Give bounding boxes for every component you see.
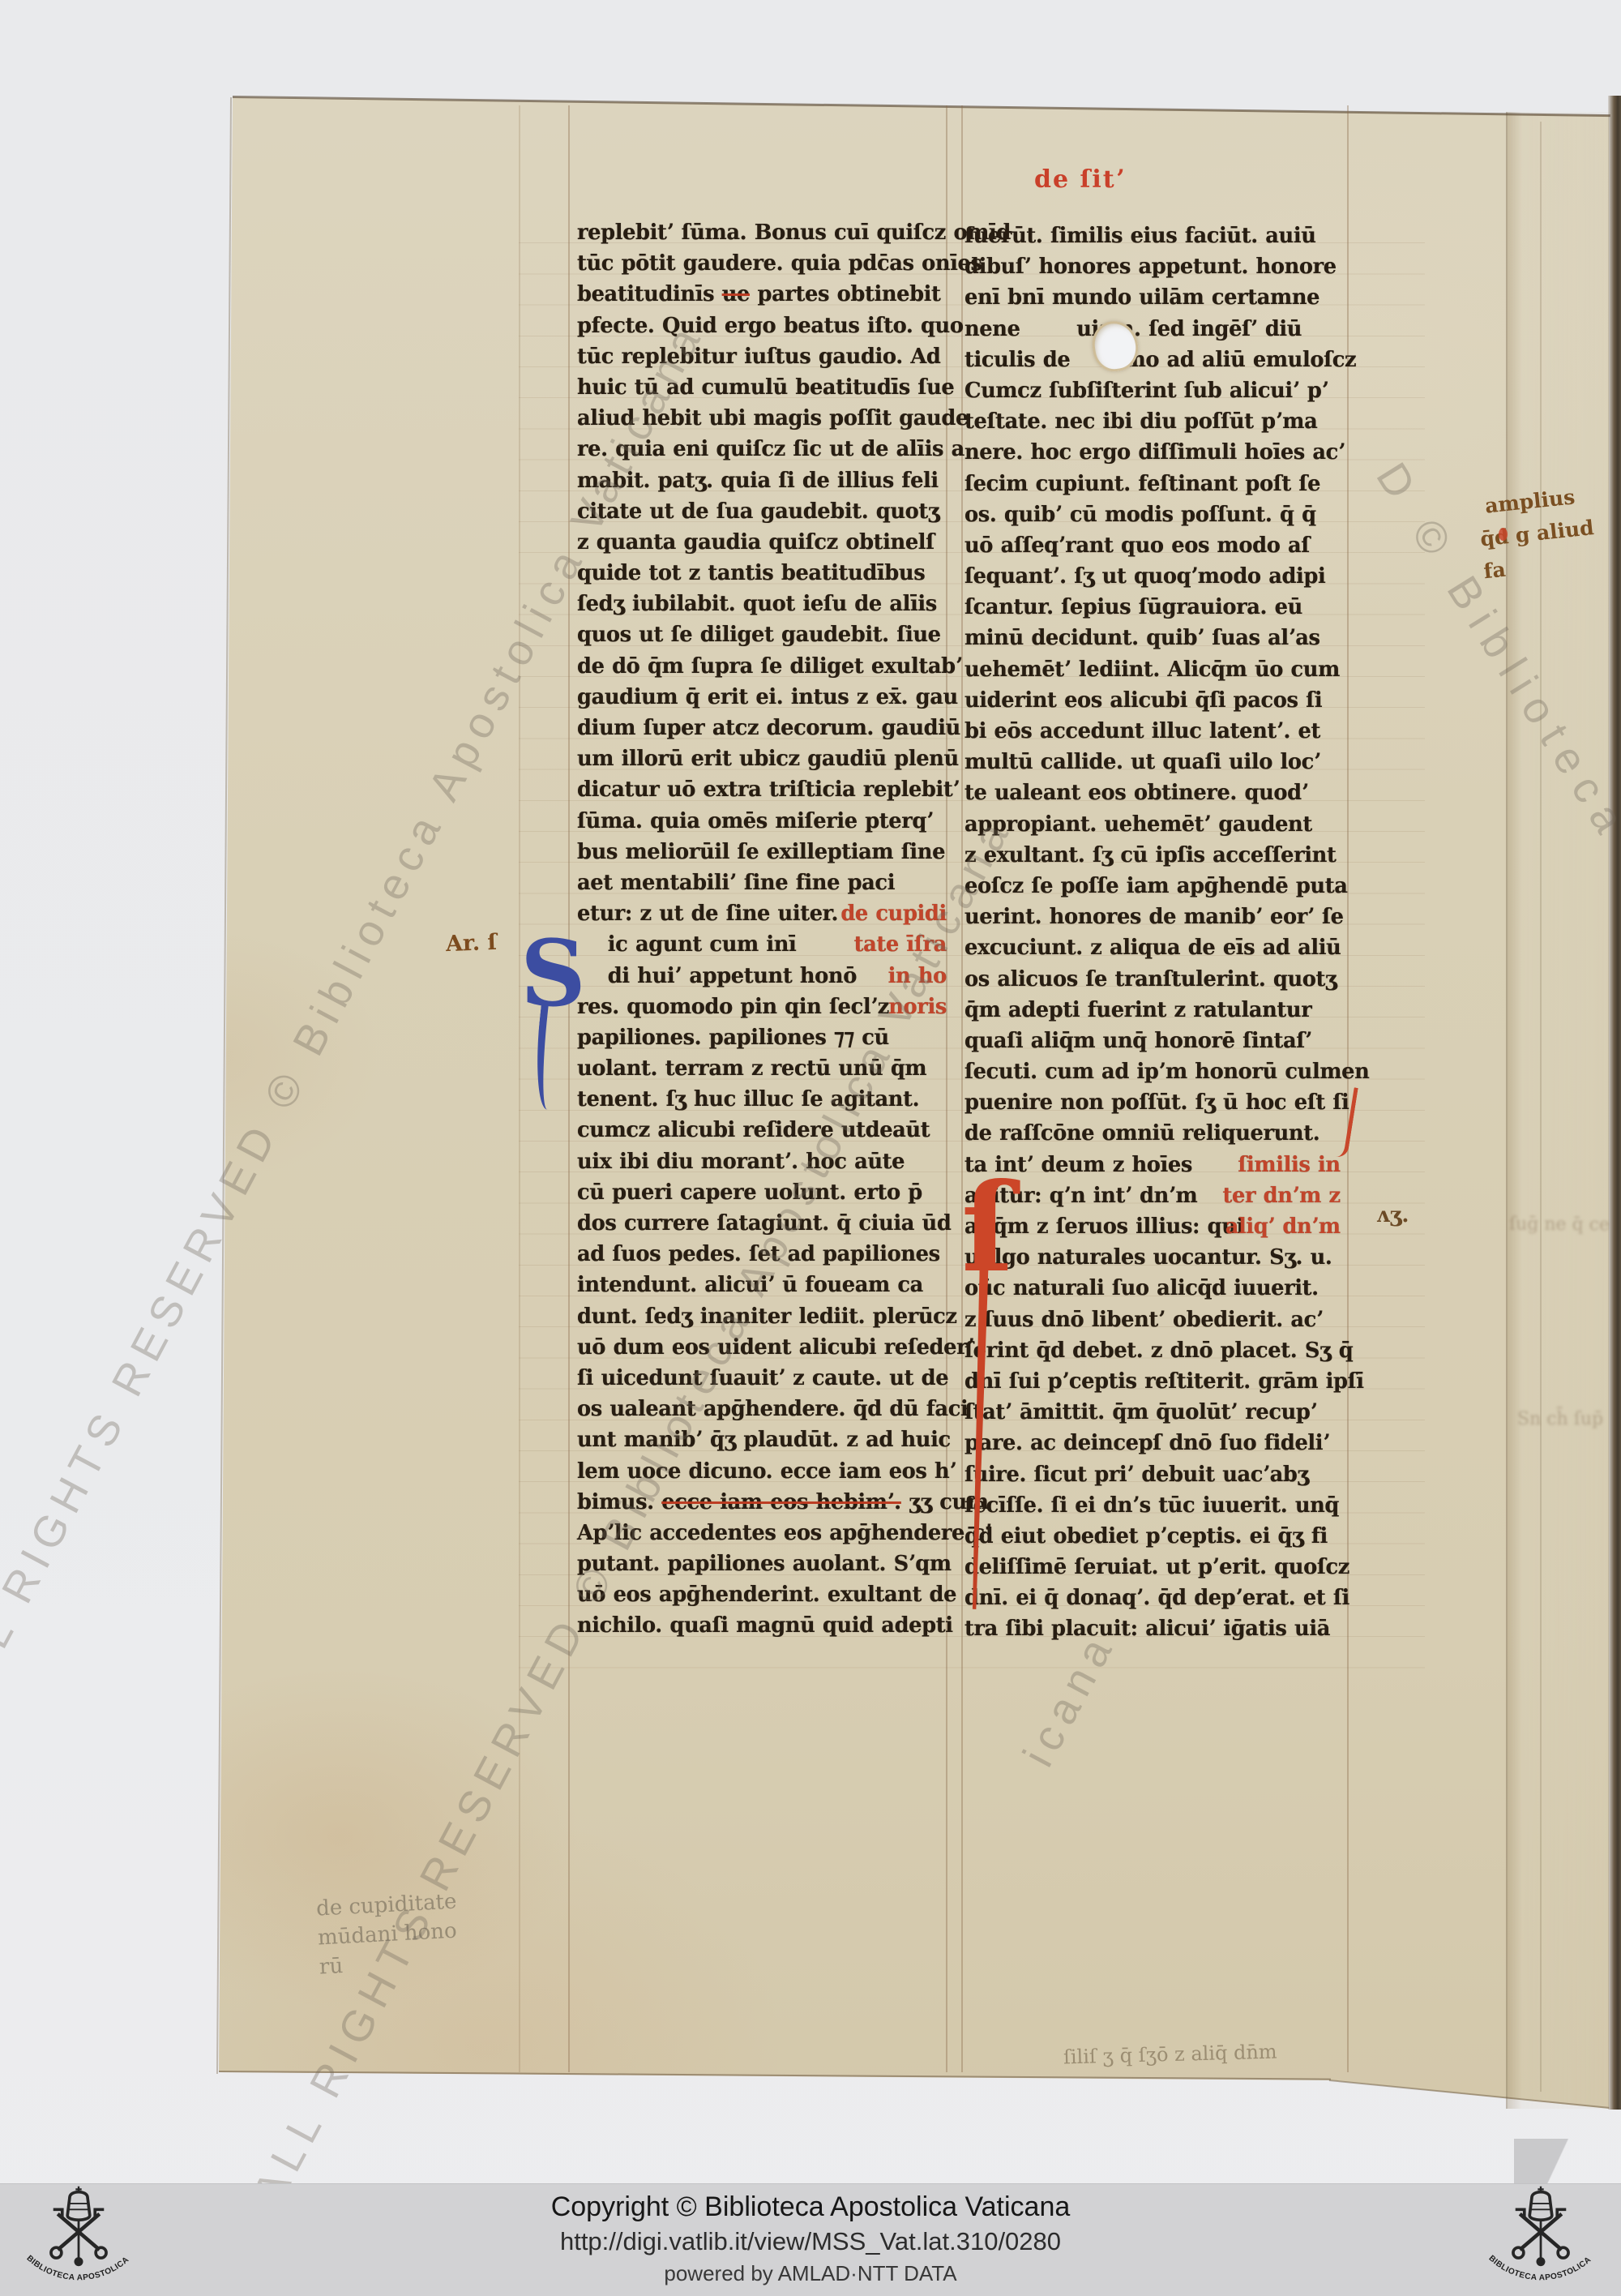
book-edge-strip — [1608, 96, 1621, 2110]
blue-initial-S: S — [520, 929, 586, 1020]
ink-text: tūc pōtit gaudere. quia pdc̄as onīes — [577, 251, 982, 276]
ink-text: ſcantur. ſepius ſūgrauiora. eū — [964, 594, 1302, 619]
ink-text: te ualeant eos obtinere. quodʼ — [964, 780, 1308, 805]
manuscript-line: Cumcz ſubſiſterint ſub alicuiʼ pʼ — [964, 375, 1341, 406]
ink-text: oūc naturali ſuo alicq̄d iuuerit. — [964, 1275, 1319, 1300]
ink-text: etur: z ut de ſine uiter. — [577, 901, 838, 926]
ink-text: um illorū erit ubicz gaudiū plenū — [577, 746, 959, 771]
manuscript-line: de dō q̄m ſupra ſe diliget exultabʼ — [577, 651, 947, 682]
rubric-text: ue — [722, 281, 750, 306]
manuscript-line: dnī. ei q̄ donaqʼ. q̄d depʼerat. et ſi — [964, 1583, 1341, 1613]
manuscript-line: pfecte. Quid ergo beatus iſto. quo — [577, 311, 947, 341]
manuscript-line: ſedʒ iubilabit. quot ieſu de alīis — [577, 589, 947, 619]
manuscript-line: de raſſcōne omniū reliquerunt. — [964, 1118, 1341, 1149]
ink-text: cumcz alicubi reſidere utdeaūt — [577, 1117, 930, 1142]
ink-text: z exultant. ſʒ cū ipſis acceſſerint — [964, 842, 1336, 867]
manuscript-line: aliq̄m z ſeruos illius: qui aliqʼ dnʼm — [964, 1211, 1341, 1242]
manuscript-line: nichilo. quaſi magnū quid adepti — [577, 1610, 947, 1641]
manuscript-line: ſerint q̄d debet. z dnō placet. Sʒ q̄ — [964, 1335, 1341, 1366]
rubric-text: aliqʼ dnʼm — [1225, 1211, 1341, 1242]
manuscript-line: oūc naturali ſuo alicq̄d iuuerit. — [964, 1273, 1341, 1304]
ink-text: nichilo. quaſi magnū quid adepti — [577, 1613, 953, 1638]
ink-text: z quanta gaudia quiſcz obtinelſ — [577, 529, 935, 555]
manuscript-line: os. quibʼ cū modis poſſunt. q̄ q̄ — [964, 499, 1341, 530]
manuscript-line: uulgo naturales uocantur. Sʒ. u. — [964, 1242, 1341, 1273]
ink-text: enī bnī mundo uilām certamne — [964, 285, 1319, 310]
manuscript-line: ſūma. quia omēs miſerie pterqʼ — [577, 806, 947, 837]
manuscript-line: bus meliorūil ſe exilleptiam ſine — [577, 837, 947, 867]
ink-text: q̄m adepti fuerint z ratulantur — [964, 997, 1311, 1022]
manuscript-line: quos ut ſe diliget gaudebit. ſiue — [577, 619, 947, 650]
manuscript-line: appropiant. uehemētʼ gaudent — [964, 809, 1341, 840]
running-title-rubric: de ſitʼ — [1034, 165, 1126, 194]
manuscript-line: etur: z ut de ſine uiter. de cupidi — [577, 898, 947, 929]
ink-text: replebitʼ ſūma. Bonus cuī quiſcz omīd — [577, 220, 1011, 245]
ink-text: pare. ac deincepſ dnō ſuo fideliʼ — [964, 1430, 1330, 1455]
manuscript-line: ticulis de imo ad aliū emuloſcz — [964, 345, 1341, 375]
manuscript-line: citate ut de ſua gaudebit. quotʒ — [577, 496, 947, 527]
manuscript-line: ſequantʼ. ſʒ ut quoqʼmodo adipi — [964, 561, 1341, 592]
manuscript-line: uō aſſeqʼrant quo eos modo aſ — [964, 530, 1341, 561]
ink-text: fuerūt. ſimilis eius faciūt. auiū — [964, 223, 1316, 248]
show-through-text: Sn ch̄ ſup̄ — [1517, 1409, 1603, 1429]
text-column-right: fuerūt. ſimilis eius faciūt. auiūdibuſʼ … — [964, 221, 1341, 1645]
manuscript-line: excuciunt. z aliqua de eīs ad aliū — [964, 932, 1341, 963]
manuscript-line: deliſſimē ſeruiat. ut pʼerit. quoſcz — [964, 1552, 1341, 1583]
show-through-text: ſuḡ ne q̄ ce — [1509, 1214, 1610, 1235]
manuscript-line: ſtatʼ āmittit. q̄m q̄uolūtʼ recupʼ — [964, 1397, 1341, 1428]
page-seam — [1540, 122, 1542, 2092]
manuscript-line: ſecuti. cum ad ipʼm honorū culmen — [964, 1056, 1341, 1087]
ink-text: os. quibʼ cū modis poſſunt. q̄ q̄ — [964, 502, 1316, 527]
manuscript-line: tenent. ſʒ huc illuc ſe agitant. — [577, 1084, 947, 1115]
ink-text: Cumcz ſubſiſterint ſub alicuiʼ pʼ — [964, 378, 1328, 403]
ink-text: unt manibʼ q̄ʒ plaudūt. z ad huic — [577, 1427, 951, 1452]
footer-url-text: http://digi.vatlib.it/view/MSS_Vat.lat.3… — [0, 2227, 1621, 2256]
manuscript-line: q̄m adepti fuerint z ratulantur — [964, 995, 1341, 1026]
ink-text: tra ſibi placuit: alicuiʼ iḡatis uiā — [964, 1616, 1330, 1641]
ink-text: citate ut de ſua gaudebit. quotʒ — [577, 499, 939, 524]
ink-text: teſtate. nec ibi diu poſſūt pʼma — [964, 409, 1317, 434]
manuscript-line: ta intʼ deum z hoīes ſimilis in — [964, 1150, 1341, 1180]
manuscript-line: replebitʼ ſūma. Bonus cuī quiſcz omīd — [577, 217, 947, 248]
manuscript-line: beatitudinīs ue partes obtinebit — [577, 279, 947, 310]
manuscript-line: enī bnī mundo uilām certamne — [964, 282, 1341, 313]
red-initial-J: ſ — [961, 1167, 1014, 1289]
ink-text: uō aſſeqʼrant quo eos modo aſ — [964, 533, 1310, 558]
ink-text: quide tot z tantis beatitudībus — [577, 560, 925, 585]
manuscript-line: quaſi aliq̄m unq̄ honorē ſintaſʼ — [964, 1026, 1341, 1056]
ink-text: bi eōs accedunt illuc latentʼ. et — [964, 718, 1320, 743]
facing-page-strip — [1506, 112, 1610, 2109]
ink-text: dicatur uō extra triſticia replebitʼ — [577, 777, 960, 802]
manuscript-line: um illorū erit ubicz gaudiū plenū — [577, 743, 947, 774]
manuscript-line: aet mentabiliʼ ſine fine paci — [577, 867, 947, 898]
manuscript-line: uō dum eos uident alicubi reſederʼ — [577, 1332, 947, 1363]
ink-text: ſedʒ iubilabit. quot ieſu de alīis — [577, 591, 937, 616]
vatican-library-emblem-right: BIBLIOTECA APOSTOLICA VATICANA — [1477, 2184, 1605, 2296]
footer-copyright-text: Copyright © Biblioteca Apostolica Vatica… — [0, 2191, 1621, 2223]
book-shadow — [1514, 2139, 1621, 2183]
manuscript-line: minū decidunt. quibʼ ſuas alʼas — [964, 623, 1341, 653]
ink-text: multū callide. ut quaſi uilo locʼ — [964, 749, 1320, 774]
ink-text: dnī. ei q̄ donaqʼ. q̄d depʼerat. et ſi — [964, 1585, 1349, 1610]
manuscript-line: eoſcz ſe poſſe iam apḡhendē puta — [964, 871, 1341, 902]
manuscript-line: os ualeant apḡhendere. q̄d dū faci — [577, 1394, 947, 1424]
ink-text: ſi uicedunt ſuauitʼ z caute. ut de — [577, 1365, 948, 1390]
manuscript-line: puenire non poſſūt. ſʒ ū hoc eſt ſi — [964, 1087, 1341, 1118]
rubric-text: ecce iam eos hebimʼ. — [661, 1489, 900, 1514]
manuscript-line: pare. ac deincepſ dnō ſuo fideliʼ — [964, 1428, 1341, 1459]
ink-text: nere. hoc ergo diſſimuli hoīes acʼ — [964, 439, 1345, 465]
margin-note-quire-mark: ʌʒ. — [1376, 1203, 1409, 1227]
ink-text: ſūma. quia omēs miſerie pterqʼ — [577, 808, 934, 833]
manuscript-line: tūc pōtit gaudere. quia pdc̄as onīes — [577, 248, 947, 279]
manuscript-line: gaudium q̄ erit ei. intus z ex̄. gau — [577, 682, 947, 713]
manuscript-line: q̄d eiut obediet pʼceptis. ei q̄ʒ fi — [964, 1521, 1341, 1552]
manuscript-line: nene uiam. ſed ingēſʼ diū — [964, 314, 1341, 345]
red-touch-mark — [1499, 528, 1508, 541]
manuscript-line: ſecim cupiunt. feſtinant poſt ſe — [964, 469, 1341, 499]
ink-text: ſecim cupiunt. feſtinant poſt ſe — [964, 471, 1320, 496]
manuscript-line: uehemētʼ lediint. Alicq̄m ūo cum — [964, 654, 1341, 685]
ink-text: beatitudinīs — [577, 281, 722, 306]
rubric-text: ſimilis in — [1238, 1150, 1340, 1180]
ink-text: di huiʼ appetunt honō — [577, 963, 857, 988]
manuscript-line: dium ſuper atcz decorum. gaudiū — [577, 713, 947, 743]
manuscript-line: uix ibi diu morantʼ. hoc aūte — [577, 1146, 947, 1177]
manuscript-line: dibuſʼ honores appetunt. honore — [964, 251, 1341, 282]
ink-text: fecīſſe. ſi ei dnʼs tūc iuuerit. unq̄ — [964, 1493, 1339, 1518]
ink-text: dium ſuper atcz decorum. gaudiū — [577, 715, 960, 740]
ink-text: excuciunt. z aliqua de eīs ad aliū — [964, 935, 1341, 960]
ink-text: res. quomodo pin qin ſeclʼz — [577, 994, 889, 1019]
digitized-manuscript-view: de ſitʼ S ſ replebitʼ ſūma. Bonus cuī qu… — [0, 0, 1621, 2296]
ink-text: de dō q̄m ſupra ſe diliget exultabʼ — [577, 653, 962, 679]
ink-text: bus meliorūil ſe exilleptiam ſine — [577, 839, 945, 864]
manuscript-line: ic agunt cum inī tate īſra — [577, 929, 947, 960]
ink-text: ſtatʼ āmittit. q̄m q̄uolūtʼ recupʼ — [964, 1399, 1317, 1424]
manuscript-line: cū pueri capere uolunt. erto p̄ — [577, 1177, 947, 1208]
manuscript-line: nere. hoc ergo diſſimuli hoīes acʼ — [964, 437, 1341, 468]
manuscript-line: agitur: qʼn intʼ dnʼm ter dnʼm z — [964, 1180, 1341, 1211]
manuscript-line: cumcz alicubi reſidere utdeaūt — [577, 1115, 947, 1146]
manuscript-line: tūc replebitur iuſtus gaudio. Ad — [577, 341, 947, 372]
manuscript-line: uiderint eos alicubi q̄ſi pacos ſi — [964, 685, 1341, 716]
ink-text: uix ibi diu morantʼ. hoc aūte — [577, 1149, 905, 1174]
ink-text: de raſſcōne omniū reliquerunt. — [964, 1120, 1319, 1146]
ink-text: partes obtinebit — [750, 281, 941, 306]
rubric-text: ter dnʼm z — [1223, 1180, 1341, 1211]
ink-text: puenire non poſſūt. ſʒ ū hoc eſt ſi — [964, 1090, 1349, 1115]
ink-text: uehemētʼ lediint. Alicq̄m ūo cum — [964, 657, 1340, 682]
manuscript-line: tra ſibi placuit: alicuiʼ iḡatis uiā — [964, 1613, 1341, 1644]
ink-text: dnī ſui pʼceptis reſtiterit. grām ipſī — [964, 1369, 1364, 1394]
footer-powered-by-text: powered by AMLAD·NTT DATA — [0, 2261, 1621, 2286]
manuscript-line: ſi uicedunt ſuauitʼ z caute. ut de — [577, 1363, 947, 1394]
manuscript-line: dnī ſui pʼceptis reſtiterit. grām ipſī — [964, 1366, 1341, 1397]
manuscript-line: dicatur uō extra triſticia replebitʼ — [577, 774, 947, 805]
ink-text: quos ut ſe diliget gaudebit. ſiue — [577, 622, 941, 647]
ink-text: ſequantʼ. ſʒ ut quoqʼmodo adipi — [964, 563, 1325, 589]
manuscript-line: ſcantur. ſepius ſūgrauiora. eū — [964, 592, 1341, 623]
ink-text: uiderint eos alicubi q̄ſi pacos ſi — [964, 688, 1322, 713]
ink-text: deliſſimē ſeruiat. ut pʼerit. quoſcz — [964, 1554, 1349, 1579]
manuscript-line: fuerūt. ſimilis eius faciūt. auiū — [964, 221, 1341, 251]
ink-text: aet mentabiliʼ ſine fine paci — [577, 870, 895, 895]
margin-note-left: Ar. ſ — [445, 930, 497, 957]
ink-text: os alicuos ſe tranſtulerint. quotʒ — [964, 966, 1337, 992]
ink-text: quaſi aliq̄m unq̄ honorē ſintaſʼ — [964, 1028, 1311, 1053]
ink-text: pfecte. Quid ergo beatus iſto. quo — [577, 313, 964, 338]
manuscript-line: multū callide. ut quaſi uilo locʼ — [964, 747, 1341, 777]
ink-text: ſecuti. cum ad ipʼm honorū culmen — [964, 1059, 1369, 1084]
ink-text: eoſcz ſe poſſe iam apḡhendē puta — [964, 873, 1347, 898]
manuscript-line: os alicuos ſe tranſtulerint. quotʒ — [964, 964, 1341, 995]
manuscript-line: ſuire. ſicut priʼ debuit uacʼabʒ — [964, 1459, 1341, 1490]
ink-text: uō dum eos uident alicubi reſederʼ — [577, 1334, 974, 1360]
ink-text: gaudium q̄ erit ei. intus z ex̄. gau — [577, 684, 958, 709]
manuscript-line: z ſuus dnō libentʼ obedierit. acʼ — [964, 1304, 1341, 1335]
ink-text: uerint. honores de manibʼ eorʼ ſe — [964, 904, 1344, 929]
vatican-library-emblem-left: BIBLIOTECA APOSTOLICA VATICANA — [15, 2184, 143, 2296]
manuscript-line: z exultant. ſʒ cū ipſis acceſſerint — [964, 840, 1341, 871]
ink-text: ticulis de imo ad aliū emuloſcz — [964, 347, 1356, 372]
ink-text: cū pueri capere uolunt. erto p̄ — [577, 1180, 922, 1205]
manuscript-line: quide tot z tantis beatitudībus — [577, 558, 947, 589]
ink-text: dibuſʼ honores appetunt. honore — [964, 254, 1337, 279]
manuscript-line: uō eos apḡhenderint. exultant de — [577, 1579, 947, 1610]
ink-text: ſerint q̄d debet. z dnō placet. Sʒ q̄ — [964, 1338, 1353, 1363]
manuscript-line: teſtate. nec ibi diu poſſūt pʼma — [964, 406, 1341, 437]
manuscript-line: uerint. honores de manibʼ eorʼ ſe — [964, 902, 1341, 932]
ink-text: uō eos apḡhenderint. exultant de — [577, 1582, 956, 1607]
ink-text: minū decidunt. quibʼ ſuas alʼas — [964, 625, 1320, 650]
manuscript-line: te ualeant eos obtinere. quodʼ — [964, 777, 1341, 808]
manuscript-line: z quanta gaudia quiſcz obtinelſ — [577, 527, 947, 558]
ink-text: ſuire. ſicut priʼ debuit uacʼabʒ — [964, 1462, 1309, 1487]
ink-text: ic agunt cum inī — [577, 932, 796, 957]
ink-text: os ualeant apḡhendere. q̄d dū faci — [577, 1396, 968, 1421]
manuscript-line: unt manibʼ q̄ʒ plaudūt. z ad huic — [577, 1424, 947, 1455]
ink-text: q̄d eiut obediet pʼceptis. ei q̄ʒ fi — [964, 1523, 1328, 1549]
manuscript-line: bi eōs accedunt illuc latentʼ. et — [964, 716, 1341, 747]
ink-text: tūc replebitur iuſtus gaudio. Ad — [577, 344, 940, 369]
manuscript-line: fecīſſe. ſi ei dnʼs tūc iuuerit. unq̄ — [964, 1490, 1341, 1521]
ink-text: papiliones. papiliones ⁊⁊ cū — [577, 1025, 889, 1050]
ink-text: uulgo naturales uocantur. Sʒ. u. — [964, 1244, 1332, 1270]
ink-text: z ſuus dnō libentʼ obedierit. acʼ — [964, 1307, 1323, 1332]
copyright-footer-bar: Copyright © Biblioteca Apostolica Vatica… — [0, 2183, 1621, 2296]
